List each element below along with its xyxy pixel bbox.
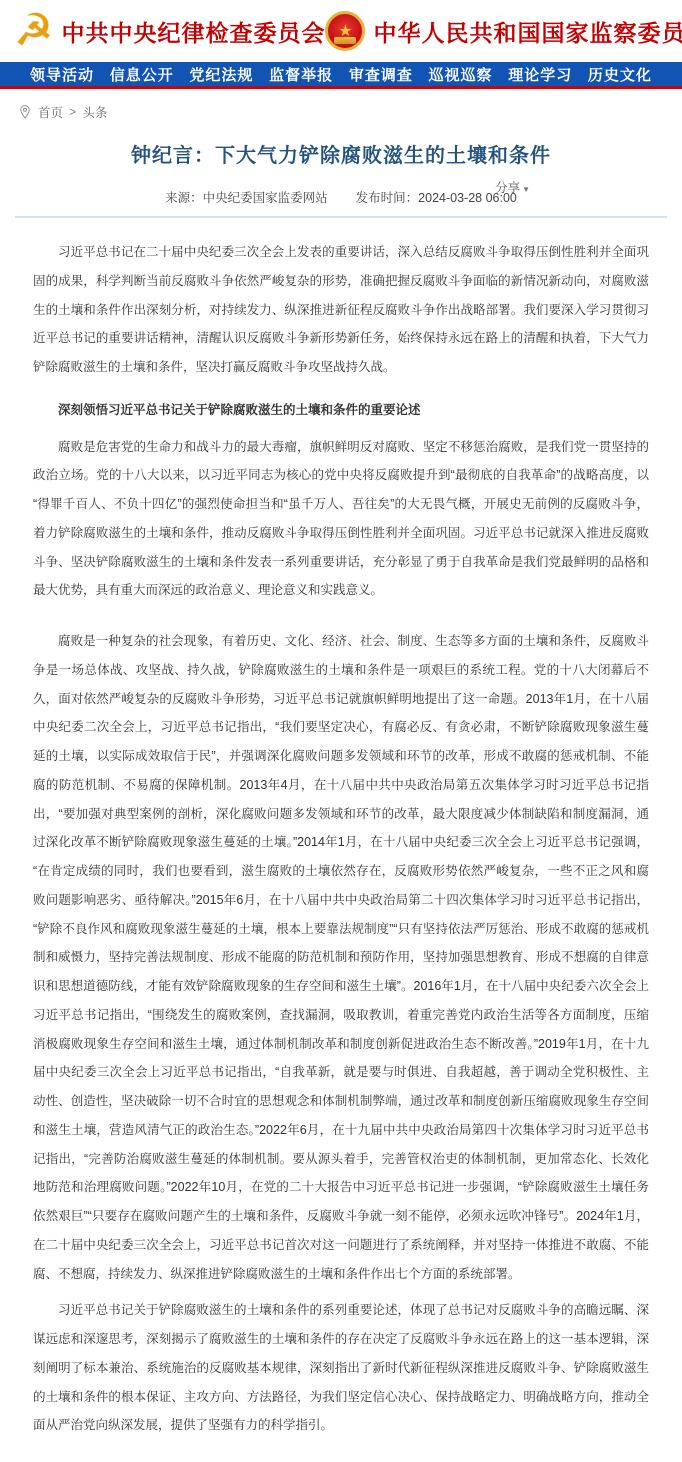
nav-item-history-culture[interactable]: 历史文化: [588, 64, 652, 85]
ccdi-org-name: 中共中央纪律检查委员会: [61, 15, 325, 48]
article-body: 习近平总书记在二十届中央纪委三次全会上发表的重要讲话，深入总结反腐败斗争取得压倒…: [0, 218, 682, 1462]
ccdi-logo-group[interactable]: ☭ 中共中央纪律检查委员会: [14, 9, 325, 53]
section-heading: 深刻领悟习近平总书记关于铲除腐败滋生的土壤和条件的重要论述: [33, 396, 649, 425]
article-paragraph: 习近平总书记关于铲除腐败滋生的土壤和条件的系列重要论述，体现了总书记对反腐败斗争…: [33, 1296, 649, 1440]
site-header: ☭ 中共中央纪律检查委员会 ★ 中华人民共和国国家监察委员会: [0, 0, 682, 62]
breadcrumb-home-link[interactable]: 首页: [38, 103, 63, 121]
article-paragraph: 腐败是危害党的生命力和战斗力的最大毒瘤，旗帜鲜明反对腐败、坚定不移惩治腐败，是我…: [33, 433, 649, 606]
article-paragraph: 习近平总书记在二十届中央纪委三次全会上发表的重要讲话，深入总结反腐败斗争取得压倒…: [33, 238, 649, 382]
source-value: 中央纪委国家监委网站: [203, 191, 328, 205]
article-meta: 来源：中央纪委国家监委网站发布时间：2024-03-28 06:00: [0, 178, 682, 206]
nav-item-review-investigation[interactable]: 审查调查: [349, 64, 413, 85]
main-nav: 领导活动 信息公开 党纪法规 监督举报 审查调查 巡视巡察 理论学习 历史文化: [0, 62, 682, 89]
page-title: 钟纪言：下大气力铲除腐败滋生的土壤和条件: [0, 139, 682, 168]
breadcrumb: 首页 > 头条: [0, 89, 682, 129]
national-emblem-icon: ★: [325, 11, 365, 51]
national-emblem-star-icon: ★: [338, 21, 352, 41]
share-label: 分享: [495, 181, 520, 195]
share-button[interactable]: 分享▼: [495, 178, 530, 196]
breadcrumb-current[interactable]: 头条: [82, 103, 107, 121]
nav-item-info-disclosure[interactable]: 信息公开: [110, 64, 174, 85]
nsc-logo-group[interactable]: ★ 中华人民共和国国家监察委员会: [325, 11, 682, 51]
source-label: 来源：: [165, 191, 203, 205]
nav-item-leader-activities[interactable]: 领导活动: [30, 64, 94, 85]
nsc-org-name: 中华人民共和国国家监察委员会: [373, 15, 682, 48]
article-meta-row: 分享▼ 来源：中央纪委国家监委网站发布时间：2024-03-28 06:00: [0, 178, 682, 208]
article-paragraph: 腐败是一种复杂的社会现象，有着历史、文化、经济、社会、制度、生态等多方面的土壤和…: [33, 627, 649, 1288]
nav-item-theory-study[interactable]: 理论学习: [508, 64, 572, 85]
location-pin-icon: [18, 104, 32, 120]
breadcrumb-separator: >: [69, 105, 76, 119]
nav-item-party-regulations[interactable]: 党纪法规: [189, 64, 253, 85]
party-emblem-icon: ☭: [14, 9, 53, 53]
nav-item-inspection-tour[interactable]: 巡视巡察: [429, 64, 493, 85]
nav-item-supervision-report[interactable]: 监督举报: [269, 64, 333, 85]
publish-label: 发布时间：: [356, 191, 419, 205]
chevron-down-icon: ▼: [522, 185, 530, 194]
